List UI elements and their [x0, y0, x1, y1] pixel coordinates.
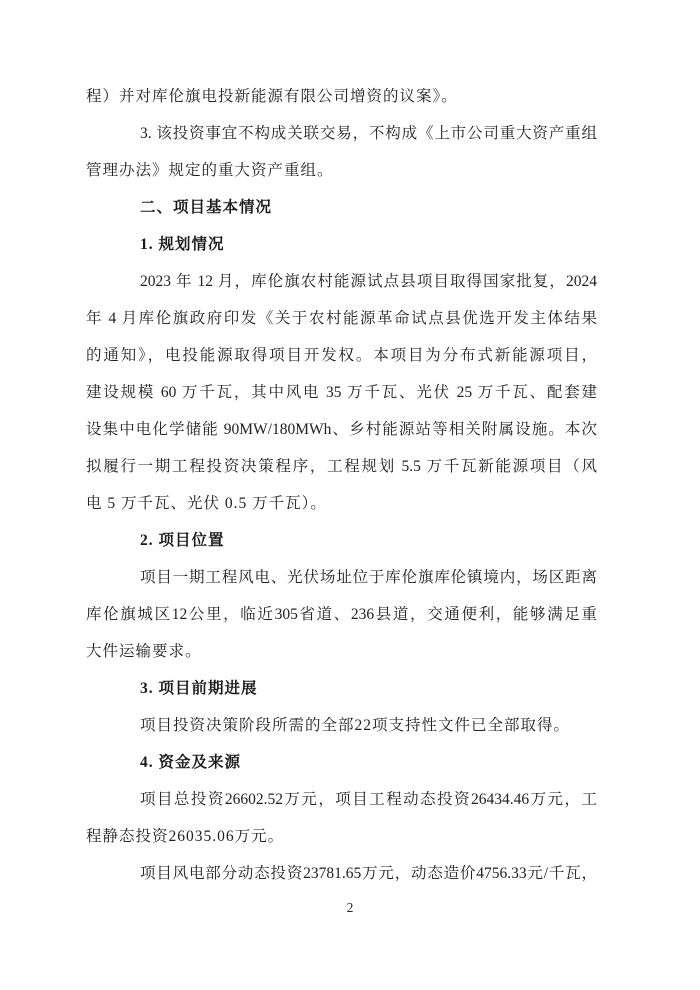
- document-body: 程）并对库伦旗电投新能源有限公司增资的议案》。3. 该投资事宜不构成关联交易，不…: [86, 78, 597, 892]
- document-line: 设集中电化学储能 90MW/180MWh、乡村能源站等相关附属设施。本次: [86, 411, 597, 448]
- document-line: 管理办法》规定的重大资产重组。: [86, 152, 597, 189]
- document-line: 建设规模 60 万千瓦，其中风电 35 万千瓦、光伏 25 万千瓦、配套建: [86, 374, 597, 411]
- document-line: 电 5 万千瓦、光伏 0.5 万千瓦）。: [86, 485, 597, 522]
- section-heading: 二、项目基本情况: [86, 189, 597, 226]
- document-line: 2023 年 12 月，库伦旗农村能源试点县项目取得国家批复，2024: [86, 263, 597, 300]
- section-heading: 4. 资金及来源: [86, 744, 597, 781]
- document-line: 库伦旗城区12公里，临近305省道、236县道，交通便利，能够满足重: [86, 596, 597, 633]
- document-line: 项目投资决策阶段所需的全部22项支持性文件已全部取得。: [86, 707, 597, 744]
- document-page: 程）并对库伦旗电投新能源有限公司增资的议案》。3. 该投资事宜不构成关联交易，不…: [0, 0, 700, 990]
- document-line: 项目风电部分动态投资23781.65万元，动态造价4756.33元/千瓦，: [86, 855, 597, 892]
- document-line: 大件运输要求。: [86, 633, 597, 670]
- document-line: 程静态投资26035.06万元。: [86, 818, 597, 855]
- section-heading: 3. 项目前期进展: [86, 670, 597, 707]
- document-line: 3. 该投资事宜不构成关联交易，不构成《上市公司重大资产重组: [86, 115, 597, 152]
- document-line: 项目一期工程风电、光伏场址位于库伦旗库伦镇境内，场区距离: [86, 559, 597, 596]
- document-line: 拟履行一期工程投资决策程序，工程规划 5.5 万千瓦新能源项目（风: [86, 448, 597, 485]
- document-line: 项目总投资26602.52万元，项目工程动态投资26434.46万元，工: [86, 781, 597, 818]
- document-line: 的通知》，电投能源取得项目开发权。本项目为分布式新能源项目，: [86, 337, 597, 374]
- document-line: 年 4 月库伦旗政府印发《关于农村能源革命试点县优选开发主体结果: [86, 300, 597, 337]
- document-line: 程）并对库伦旗电投新能源有限公司增资的议案》。: [86, 78, 597, 115]
- page-number: 2: [0, 898, 700, 918]
- section-heading: 1. 规划情况: [86, 226, 597, 263]
- section-heading: 2. 项目位置: [86, 522, 597, 559]
